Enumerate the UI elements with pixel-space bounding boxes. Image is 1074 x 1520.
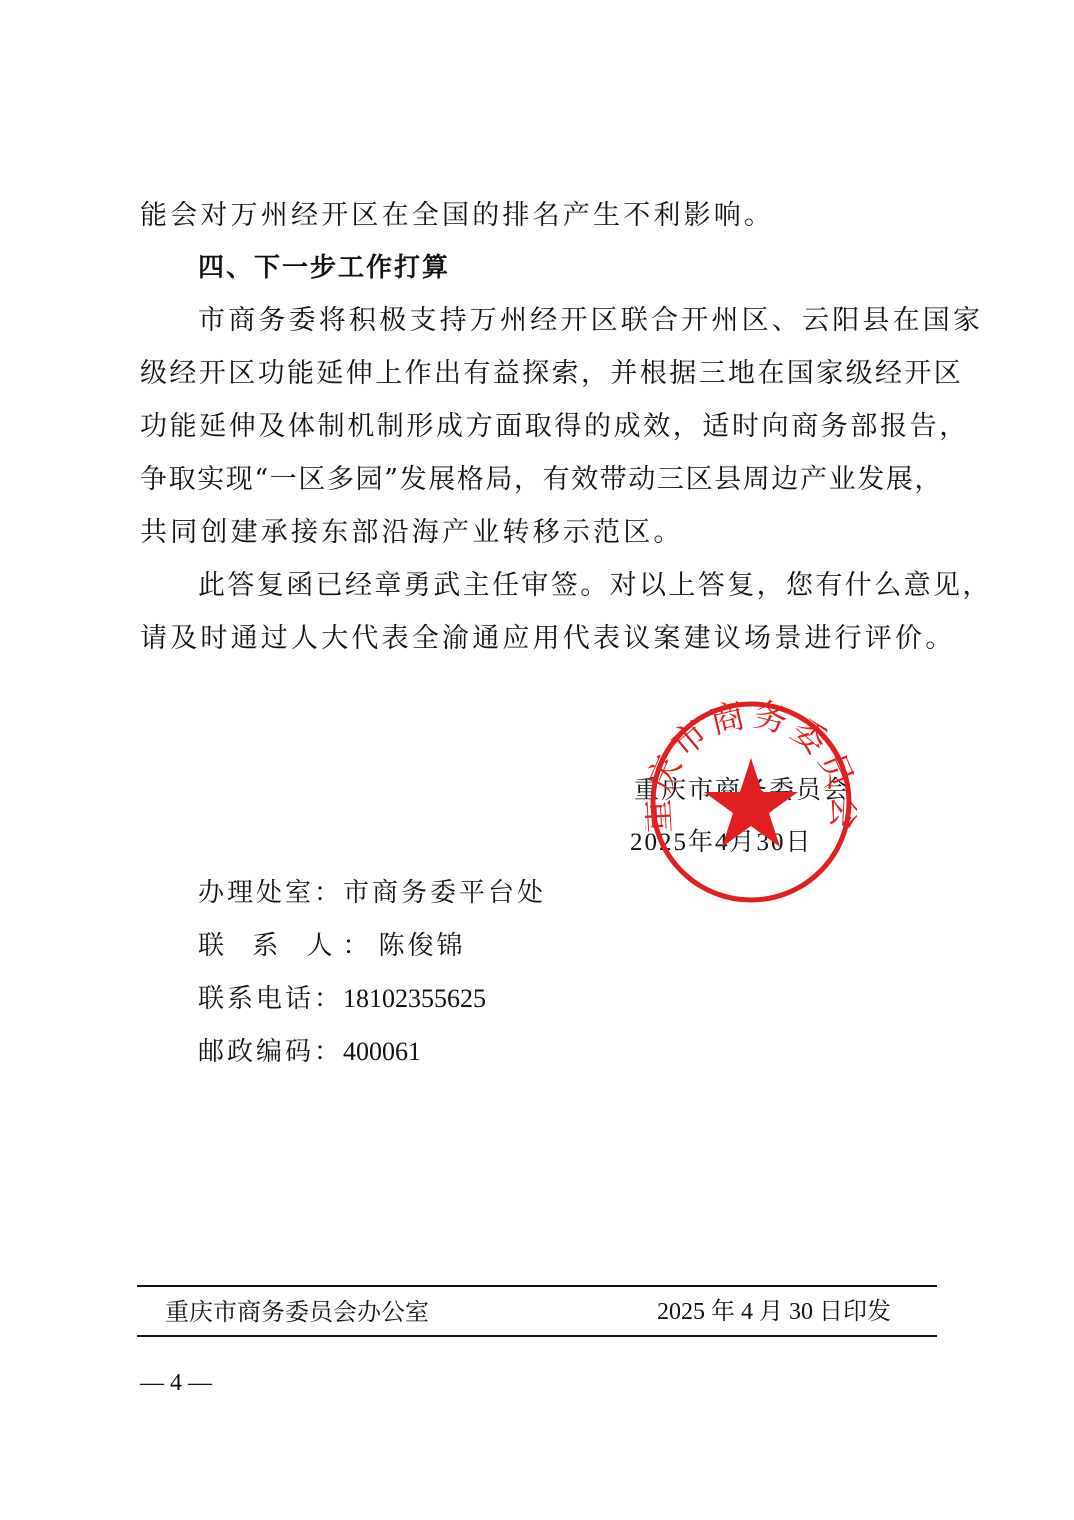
signature-date: 2025年4月30日 bbox=[630, 826, 813, 860]
section-heading: 四、下一步工作打算 bbox=[198, 250, 998, 286]
contact-office: 办理处室：市商务委平台处 bbox=[198, 876, 546, 910]
person-label: 联 系 人： bbox=[198, 931, 379, 961]
contact-postal: 邮政编码：400061 bbox=[198, 1035, 421, 1069]
footer-bottom-rule bbox=[137, 1335, 937, 1337]
body-line: 共同创建承接东部沿海产业转移示范区。 bbox=[140, 515, 940, 551]
contact-phone: 联系电话：18102355625 bbox=[198, 982, 486, 1016]
postal-value: 400061 bbox=[343, 1037, 421, 1066]
postal-label: 邮政编码： bbox=[198, 1037, 343, 1067]
person-value: 陈俊锦 bbox=[379, 931, 466, 961]
footer-issuer: 重庆市商务委员会办公室 bbox=[165, 1296, 429, 1328]
office-label: 办理处室： bbox=[198, 878, 343, 908]
footer-issue-date: 2025 年 4 月 30 日印发 bbox=[657, 1296, 891, 1328]
body-line: 功能延伸及体制机制形成方面取得的成效，适时向商务部报告， bbox=[140, 409, 940, 445]
body-line: 级经开区功能延伸上作出有益探索，并根据三地在国家级经开区 bbox=[140, 356, 940, 392]
body-line: 市商务委将积极支持万州经开区联合开州区、云阳县在国家 bbox=[198, 303, 998, 339]
phone-value: 18102355625 bbox=[343, 984, 486, 1013]
phone-label: 联系电话： bbox=[198, 984, 343, 1014]
body-line: 请及时通过人大代表全渝通应用代表议案建议场景进行评价。 bbox=[140, 621, 940, 657]
svg-text:重庆市商务委员会: 重庆市商务委员会 bbox=[645, 700, 857, 834]
footer-top-rule bbox=[137, 1285, 937, 1287]
body-line: 能会对万州经开区在全国的排名产生不利影响。 bbox=[140, 198, 940, 234]
page-number: — 4 — bbox=[140, 1370, 212, 1397]
body-line: 此答复函已经章勇武主任审签。对以上答复，您有什么意见， bbox=[198, 568, 998, 604]
signature-organization: 重庆市商务委员会 bbox=[634, 773, 850, 807]
body-line: 争取实现“一区多园”发展格局，有效带动三区县周边产业发展， bbox=[140, 462, 940, 498]
office-value: 市商务委平台处 bbox=[343, 878, 546, 908]
contact-person: 联 系 人：陈俊锦 bbox=[198, 929, 466, 963]
